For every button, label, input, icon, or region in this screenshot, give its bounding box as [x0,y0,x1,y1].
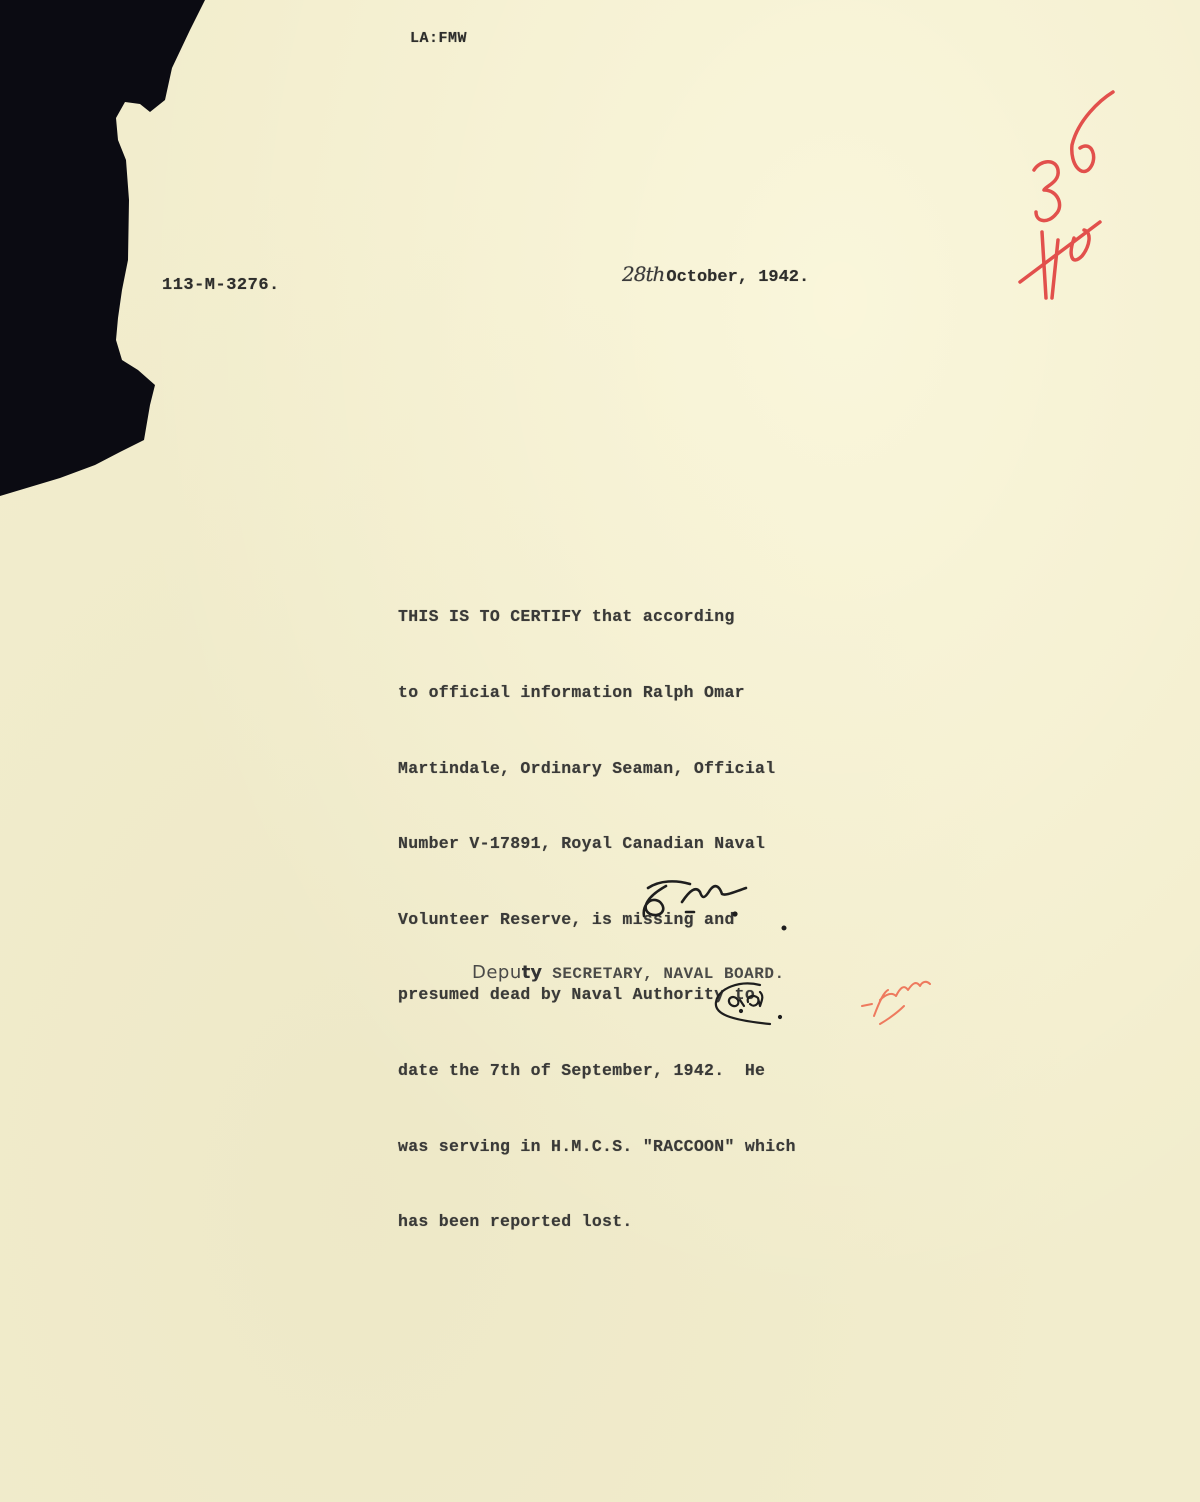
torn-corner-background [0,0,260,500]
reference-initials: LA:FMW [410,30,467,47]
body-line: presumed dead by Naval Authority to [398,982,796,1007]
signatory-title: Deputy SECRETARY, NAVAL BOARD. [472,962,785,984]
body-line: to official information Ralph Omar [398,680,796,705]
body-line: THIS IS TO CERTIFY that according [398,604,796,629]
body-line: was serving in H.M.C.S. "RACCOON" which [398,1134,796,1159]
body-line: date the 7th of September, 1942. He [398,1058,796,1083]
certificate-body: THIS IS TO CERTIFY that according to off… [398,554,796,1260]
typed-date: October, 1942. [666,268,809,287]
body-line: has been reported lost. [398,1209,796,1234]
body-line: Martindale, Ordinary Seaman, Official [398,756,796,781]
handwritten-day: 28th [622,262,664,286]
date-line: 28thOctober, 1942. [622,262,809,287]
body-line: Number V-17891, Royal Canadian Naval [398,831,796,856]
body-line: Volunteer Reserve, is missing and [398,907,796,932]
file-number: 113-M-3276. [162,276,280,295]
